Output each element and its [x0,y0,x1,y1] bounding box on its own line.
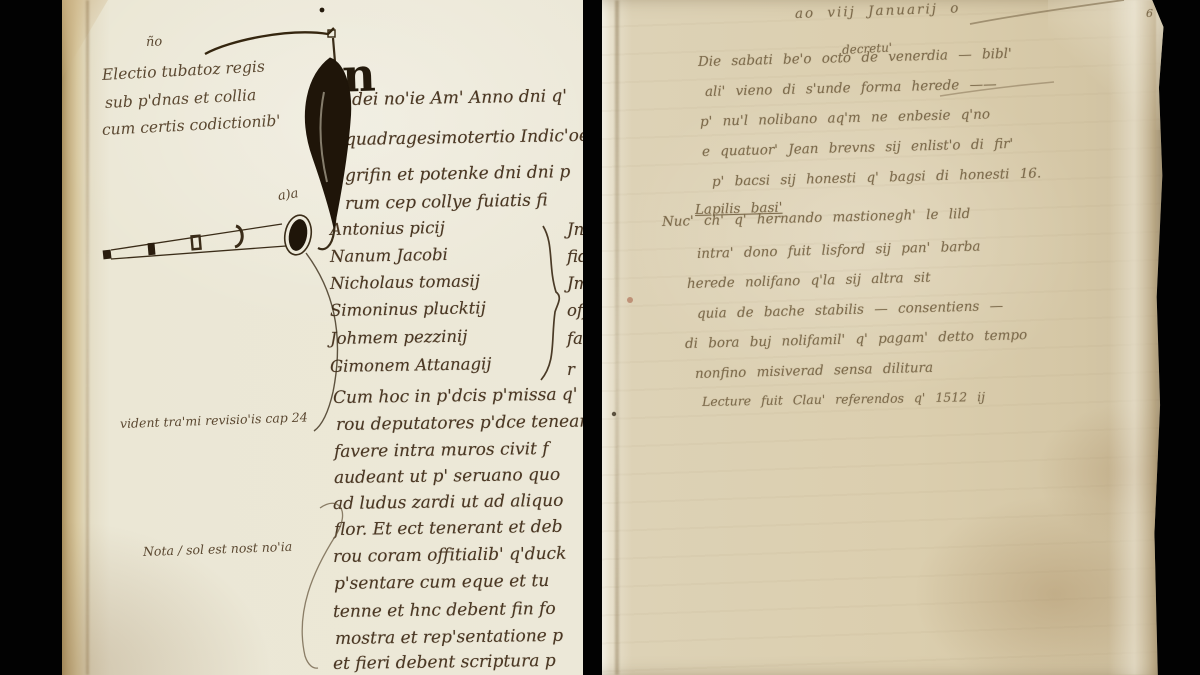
trumpet-mouthpiece [103,250,112,260]
right-manuscript-page: ao viij Januarij o 6 decretu' Die sabati… [602,0,1168,675]
names-bracket [541,226,559,380]
initial-knot [328,30,335,37]
trumpet-knop [147,243,155,256]
cutoff-text-fragment: fat [567,331,583,348]
name-list-item: Nanum Jacobi [330,247,448,266]
right-page-deckle-edge [1108,0,1156,675]
paragraph-line: intra' dono fuit lisford sij pan' barba [697,241,981,262]
paragraph-line: et fieri debent scriptura p [333,653,556,673]
page-header: ao viij Januarij o [795,2,961,21]
paragraph-line: di bora buj nolifamil' q' pagam' detto t… [685,329,1028,351]
paragraph-line: e quatuor' Jean brevns sij enlist'o di f… [702,138,1014,160]
paragraph-line: flor. Et ect tenerant et deb [334,519,563,539]
trumpet-bell [286,218,309,253]
paragraph-line: favere intra muros civit f [334,441,549,461]
closing-line: Lecture fuit Clau' referendos q' 1512 ij [702,391,985,408]
margin-note-top-line: sub p'dnas et collia [105,88,257,111]
initial-top-swash [205,28,334,54]
opening-line: grifin et potenke dni dni p [345,164,571,185]
cutoff-text-fragment: r [567,362,575,379]
folio-mark: ño [146,35,163,49]
initial-stem [318,38,338,249]
trumpet-drawing [103,213,338,431]
margin-note-top-line: cum certis codictionib' [102,114,281,139]
paragraph-line: audeant ut p' seruano quo [334,467,560,487]
trumpet-knop [191,236,200,250]
red-ink-fleck [627,297,633,303]
paragraph-line: ali' vieno di s'unde forma herede —— [705,78,997,99]
paragraph-line: tenne et hnc debent fin fo [333,601,556,621]
cutoff-text-fragment: Jn' [567,222,583,239]
margin-mark: a)a [277,187,299,203]
right-page-crease [615,0,619,675]
paragraph-line: p' nu'l nolibano aq'm ne enbesie q'no [700,108,990,129]
left-page-crease [86,0,89,675]
paragraph-line: mostra et rep'sentatione p [335,628,563,648]
cutoff-text-fragment: offi [567,303,583,320]
trumpet-knop [235,226,242,247]
paragraph-line: Cum hoc in p'dcis p'missa q' [333,387,578,407]
paragraph-line: nonfino misiverad sensa dilitura [695,362,933,382]
name-list-item: Johmem pezzinij [330,329,468,348]
photo-viewer-stage: ño Electio tubatoz regis sub p'dnas et c… [0,0,1200,675]
paragraph-line: ad ludus zardi ut ad aliquo [333,493,564,513]
opening-line: rum cep collye fuiatis fi [345,192,548,213]
cutoff-text-fragment: Jm' [567,276,583,293]
paragraph-line: rou deputatores p'dce tenean [336,413,583,434]
trumpet-tube-top [111,224,282,250]
paragraph-line: Die sabati be'o octo de venerdia — bibl' [698,48,1012,70]
opening-line: dei no'ie Am' Anno dni q' [352,88,567,109]
paragraph-line: p'sentare cum eque et tu [334,573,549,593]
ink-dot [320,8,325,13]
paragraph-line: herede nolifano q'la sij altra sit [687,272,931,292]
paragraph-line: rou coram offitialib' q'duck [333,546,567,566]
initial-lobe-highlight [320,92,327,182]
name-list-item: Gimonem Attanagij [330,356,492,375]
folio-number: 6 [1146,8,1153,19]
name-list-item: Antonius picij [330,220,445,239]
trumpet-tube-bottom [111,246,286,259]
margin-note-top-line: Electio tubatoz regis [102,59,266,83]
left-manuscript-page: ño Electio tubatoz regis sub p'dnas et c… [62,0,583,675]
trumpet-bell-rim [282,213,315,257]
name-list-item: Nicholaus tomasij [330,273,480,292]
margin-note-mid: vident tra'mi revisio'is cap 24 [120,411,308,430]
cutoff-text-fragment: fid [567,249,583,266]
paragraph-line: p' bacsi sij honesti q' bagsi di honesti… [712,167,1042,189]
margin-note-low: Nota / sol est nost no'ia [143,541,293,559]
paragraph-line: quia de bache stabilis — consentiens — [697,300,1004,322]
name-list-item: Simoninus plucktij [330,300,486,319]
opening-line: quadragesimotertio Indic'oe [345,128,583,149]
